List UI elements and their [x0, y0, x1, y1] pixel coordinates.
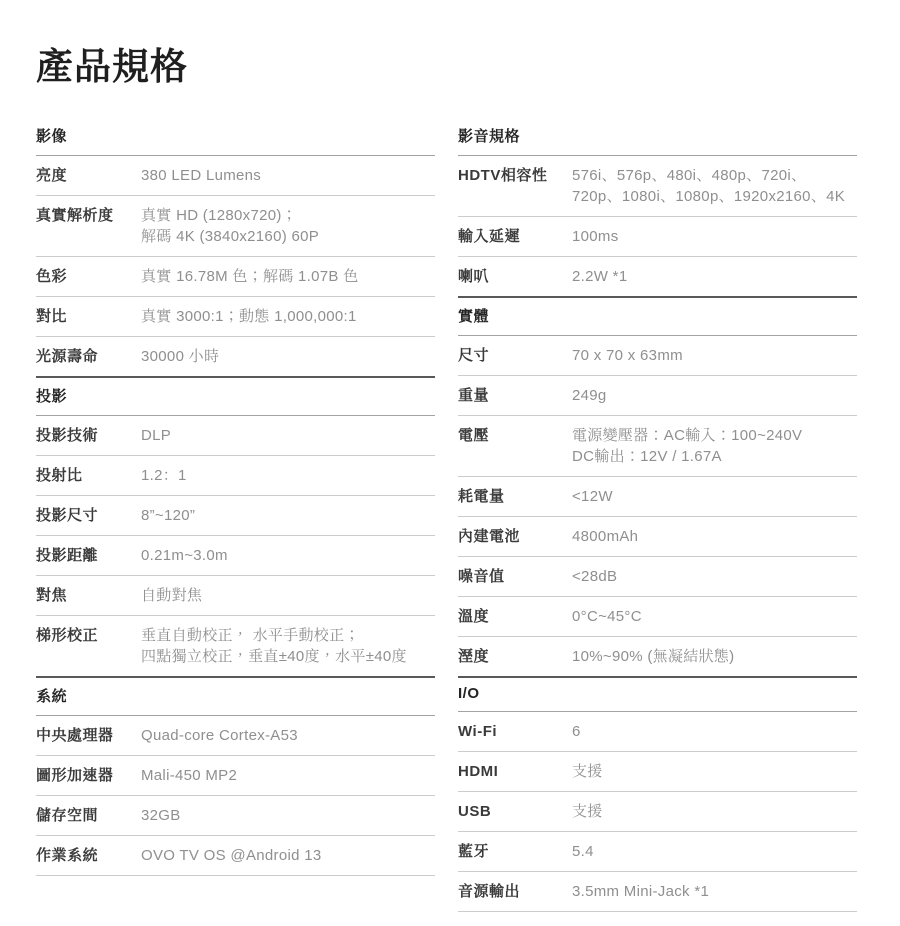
spec-label: 尺寸: [458, 345, 572, 366]
spec-section: 投影投影技術DLP投射比1.2：1投影尺寸8”~120”投影距離0.21m~3.…: [36, 376, 435, 676]
spec-label: 藍牙: [458, 841, 572, 862]
spec-section: 影音規格HDTV相容性576i、576p、480i、480p、720i、720p…: [458, 118, 857, 296]
spec-section: I/OWi-Fi6HDMI支援USB支援藍牙5.4音源輸出3.5mm Mini-…: [458, 676, 857, 912]
spec-row: 對比真實 3000:1；動態 1,000,000:1: [36, 297, 435, 337]
spec-value-line: 2.2W *1: [572, 266, 857, 287]
spec-column-left: 影像亮度380 LED Lumens真實解析度真實 HD (1280x720)；…: [36, 118, 435, 876]
spec-row: 電壓電源變壓器：AC輸入：100~240VDC輸出：12V / 1.67A: [458, 416, 857, 477]
spec-section: 系統中央處理器Quad-core Cortex-A53圖形加速器Mali-450…: [36, 676, 435, 876]
spec-value-line: 576i、576p、480i、480p、720i、: [572, 165, 857, 186]
section-title: I/O: [458, 678, 857, 712]
spec-label: 亮度: [36, 165, 141, 186]
spec-columns: 影像亮度380 LED Lumens真實解析度真實 HD (1280x720)；…: [36, 118, 857, 912]
spec-value-line: 0.21m~3.0m: [141, 545, 435, 566]
spec-row: HDMI支援: [458, 752, 857, 792]
spec-value-line: DC輸出：12V / 1.67A: [572, 446, 857, 467]
spec-row: 作業系統OVO TV OS @Android 13: [36, 836, 435, 876]
spec-value: 4800mAh: [572, 526, 857, 547]
spec-row: 梯形校正垂直自動校正， 水平手動校正；四點獨立校正，垂直±40度，水平±40度: [36, 616, 435, 676]
spec-value: OVO TV OS @Android 13: [141, 845, 435, 866]
spec-value: 32GB: [141, 805, 435, 826]
section-title: 影像: [36, 118, 435, 156]
spec-value: 380 LED Lumens: [141, 165, 435, 186]
spec-row: 重量249g: [458, 376, 857, 416]
spec-value: 0.21m~3.0m: [141, 545, 435, 566]
spec-value-line: 解碼 4K (3840x2160) 60P: [141, 226, 435, 247]
spec-value: 30000 小時: [141, 346, 435, 367]
spec-label: USB: [458, 801, 572, 822]
spec-row: USB支援: [458, 792, 857, 832]
spec-column-right: 影音規格HDTV相容性576i、576p、480i、480p、720i、720p…: [458, 118, 857, 912]
spec-label: 內建電池: [458, 526, 572, 547]
spec-value: 支援: [572, 801, 857, 822]
spec-value: <12W: [572, 486, 857, 507]
spec-row: 耗電量<12W: [458, 477, 857, 517]
spec-value: 5.4: [572, 841, 857, 862]
spec-label: 投射比: [36, 465, 141, 486]
spec-row: Wi-Fi6: [458, 712, 857, 752]
spec-row: 儲存空間32GB: [36, 796, 435, 836]
spec-value-line: 32GB: [141, 805, 435, 826]
spec-value-line: 100ms: [572, 226, 857, 247]
spec-value: 垂直自動校正， 水平手動校正；四點獨立校正，垂直±40度，水平±40度: [141, 625, 435, 667]
spec-value: <28dB: [572, 566, 857, 587]
spec-value-line: OVO TV OS @Android 13: [141, 845, 435, 866]
spec-row: 投影尺寸8”~120”: [36, 496, 435, 536]
spec-row: 色彩真實 16.78M 色；解碼 1.07B 色: [36, 257, 435, 297]
spec-value: 576i、576p、480i、480p、720i、720p、1080i、1080…: [572, 165, 857, 207]
spec-row: 溼度10%~90% (無凝結狀態): [458, 637, 857, 676]
spec-value-line: 自動對焦: [141, 585, 435, 606]
spec-value: 真實 16.78M 色；解碼 1.07B 色: [141, 266, 435, 287]
spec-row: 中央處理器Quad-core Cortex-A53: [36, 716, 435, 756]
spec-label: 耗電量: [458, 486, 572, 507]
spec-value-line: 4800mAh: [572, 526, 857, 547]
spec-label: 電壓: [458, 425, 572, 446]
section-title: 投影: [36, 378, 435, 416]
spec-section: 實體尺寸70 x 70 x 63mm重量249g電壓電源變壓器：AC輸入：100…: [458, 296, 857, 676]
spec-value-line: 0°C~45°C: [572, 606, 857, 627]
section-title: 實體: [458, 298, 857, 336]
spec-label: 喇叭: [458, 266, 572, 287]
spec-row: 喇叭2.2W *1: [458, 257, 857, 296]
spec-value: 自動對焦: [141, 585, 435, 606]
spec-value-line: 1.2：1: [141, 465, 435, 486]
spec-row: 亮度380 LED Lumens: [36, 156, 435, 196]
spec-value-line: 支援: [572, 801, 857, 822]
page-title: 產品規格: [36, 46, 857, 88]
spec-value-line: 真實 16.78M 色；解碼 1.07B 色: [141, 266, 435, 287]
spec-value-line: 電源變壓器：AC輸入：100~240V: [572, 425, 857, 446]
spec-label: 輸入延遲: [458, 226, 572, 247]
spec-value: 70 x 70 x 63mm: [572, 345, 857, 366]
spec-row: 對焦自動對焦: [36, 576, 435, 616]
spec-value: 真實 HD (1280x720)；解碼 4K (3840x2160) 60P: [141, 205, 435, 247]
spec-label: 作業系統: [36, 845, 141, 866]
spec-row: 藍牙5.4: [458, 832, 857, 872]
spec-row: 音源輸出3.5mm Mini-Jack *1: [458, 872, 857, 912]
spec-value-line: 249g: [572, 385, 857, 406]
spec-value-line: 6: [572, 721, 857, 742]
spec-label: 儲存空間: [36, 805, 141, 826]
spec-row: 光源壽命30000 小時: [36, 337, 435, 376]
spec-label: Wi-Fi: [458, 721, 572, 742]
spec-row: 真實解析度真實 HD (1280x720)；解碼 4K (3840x2160) …: [36, 196, 435, 257]
spec-value-line: 真實 HD (1280x720)；: [141, 205, 435, 226]
spec-value-line: 四點獨立校正，垂直±40度，水平±40度: [141, 646, 435, 667]
spec-label: 圖形加速器: [36, 765, 141, 786]
spec-label: 色彩: [36, 266, 141, 287]
spec-label: 光源壽命: [36, 346, 141, 367]
spec-value: Mali-450 MP2: [141, 765, 435, 786]
spec-value: 支援: [572, 761, 857, 782]
section-title: 影音規格: [458, 118, 857, 156]
spec-row: 內建電池4800mAh: [458, 517, 857, 557]
spec-label: 重量: [458, 385, 572, 406]
spec-value: 電源變壓器：AC輸入：100~240VDC輸出：12V / 1.67A: [572, 425, 857, 467]
spec-label: 對焦: [36, 585, 141, 606]
spec-label: HDTV相容性: [458, 165, 572, 186]
spec-row: HDTV相容性576i、576p、480i、480p、720i、720p、108…: [458, 156, 857, 217]
spec-value-line: 30000 小時: [141, 346, 435, 367]
spec-label: 梯形校正: [36, 625, 141, 646]
spec-value: 0°C~45°C: [572, 606, 857, 627]
spec-value: Quad-core Cortex-A53: [141, 725, 435, 746]
spec-value-line: 真實 3000:1；動態 1,000,000:1: [141, 306, 435, 327]
spec-row: 輸入延遲100ms: [458, 217, 857, 257]
spec-value-line: 8”~120”: [141, 505, 435, 526]
section-title: 系統: [36, 678, 435, 716]
spec-value-line: 垂直自動校正， 水平手動校正；: [141, 625, 435, 646]
spec-row: 圖形加速器Mali-450 MP2: [36, 756, 435, 796]
spec-value-line: <28dB: [572, 566, 857, 587]
spec-label: 投影技術: [36, 425, 141, 446]
spec-label: 對比: [36, 306, 141, 327]
spec-label: 音源輸出: [458, 881, 572, 902]
spec-label: 溼度: [458, 646, 572, 667]
spec-value: 3.5mm Mini-Jack *1: [572, 881, 857, 902]
spec-value-line: 10%~90% (無凝結狀態): [572, 646, 857, 667]
spec-value-line: 70 x 70 x 63mm: [572, 345, 857, 366]
spec-value-line: Quad-core Cortex-A53: [141, 725, 435, 746]
spec-label: 投影尺寸: [36, 505, 141, 526]
spec-label: 中央處理器: [36, 725, 141, 746]
spec-value: 249g: [572, 385, 857, 406]
spec-value: 真實 3000:1；動態 1,000,000:1: [141, 306, 435, 327]
spec-label: 噪音值: [458, 566, 572, 587]
spec-label: 投影距離: [36, 545, 141, 566]
spec-value: 8”~120”: [141, 505, 435, 526]
spec-row: 投影距離0.21m~3.0m: [36, 536, 435, 576]
spec-section: 影像亮度380 LED Lumens真實解析度真實 HD (1280x720)；…: [36, 118, 435, 376]
spec-value-line: <12W: [572, 486, 857, 507]
spec-label: 真實解析度: [36, 205, 141, 226]
spec-label: 溫度: [458, 606, 572, 627]
spec-row: 尺寸70 x 70 x 63mm: [458, 336, 857, 376]
spec-value: DLP: [141, 425, 435, 446]
spec-row: 投影技術DLP: [36, 416, 435, 456]
spec-value-line: DLP: [141, 425, 435, 446]
spec-value: 2.2W *1: [572, 266, 857, 287]
spec-value-line: 380 LED Lumens: [141, 165, 435, 186]
spec-label: HDMI: [458, 761, 572, 782]
spec-value-line: Mali-450 MP2: [141, 765, 435, 786]
spec-row: 投射比1.2：1: [36, 456, 435, 496]
spec-row: 噪音值<28dB: [458, 557, 857, 597]
spec-value-line: 5.4: [572, 841, 857, 862]
spec-value: 100ms: [572, 226, 857, 247]
spec-value-line: 支援: [572, 761, 857, 782]
product-spec-page: 產品規格 影像亮度380 LED Lumens真實解析度真實 HD (1280x…: [0, 0, 900, 926]
spec-value-line: 3.5mm Mini-Jack *1: [572, 881, 857, 902]
spec-value: 10%~90% (無凝結狀態): [572, 646, 857, 667]
spec-value: 6: [572, 721, 857, 742]
spec-value-line: 720p、1080i、1080p、1920x2160、4K: [572, 186, 857, 207]
spec-value: 1.2：1: [141, 465, 435, 486]
spec-row: 溫度0°C~45°C: [458, 597, 857, 637]
